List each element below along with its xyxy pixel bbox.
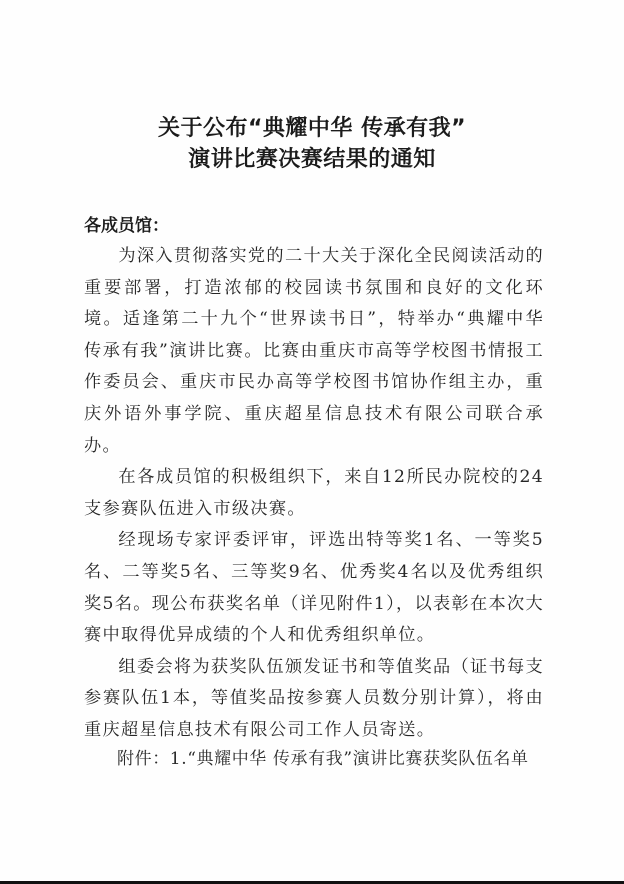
paragraph-finalists: 在各成员馆的积极组织下，来自12所民办院校的24支参赛队伍进入市级决赛。 [84, 462, 544, 525]
document-body: 为深入贯彻落实党的二十大关于深化全民阅读活动的重要部署，打造浓郁的校园读书氛围和… [84, 241, 544, 747]
paragraph-awards: 经现场专家评委评审，评选出特等奖1名、一等奖5名、二等奖5名、三等奖9名、优秀奖… [84, 525, 544, 651]
document-page: 关于公布“典耀中华 传承有我” 演讲比赛决赛结果的通知 各成员馆： 为深入贯彻落… [0, 0, 624, 881]
title-line-2: 演讲比赛决赛结果的通知 [0, 144, 624, 175]
title-line-1: 关于公布“典耀中华 传承有我” [0, 113, 624, 144]
paragraph-prizes: 组委会将为获奖队伍颁发证书和等值奖品（证书每支参赛队伍1本，等值奖品按参赛人员数… [84, 652, 544, 747]
paragraph-background: 为深入贯彻落实党的二十大关于深化全民阅读活动的重要部署，打造浓郁的校园读书氛围和… [84, 241, 544, 462]
document-title: 关于公布“典耀中华 传承有我” 演讲比赛决赛结果的通知 [0, 113, 624, 175]
attachment-line: 附件：1.“典耀中华 传承有我”演讲比赛获奖队伍名单 [117, 745, 529, 773]
salutation: 各成员馆： [84, 212, 169, 240]
